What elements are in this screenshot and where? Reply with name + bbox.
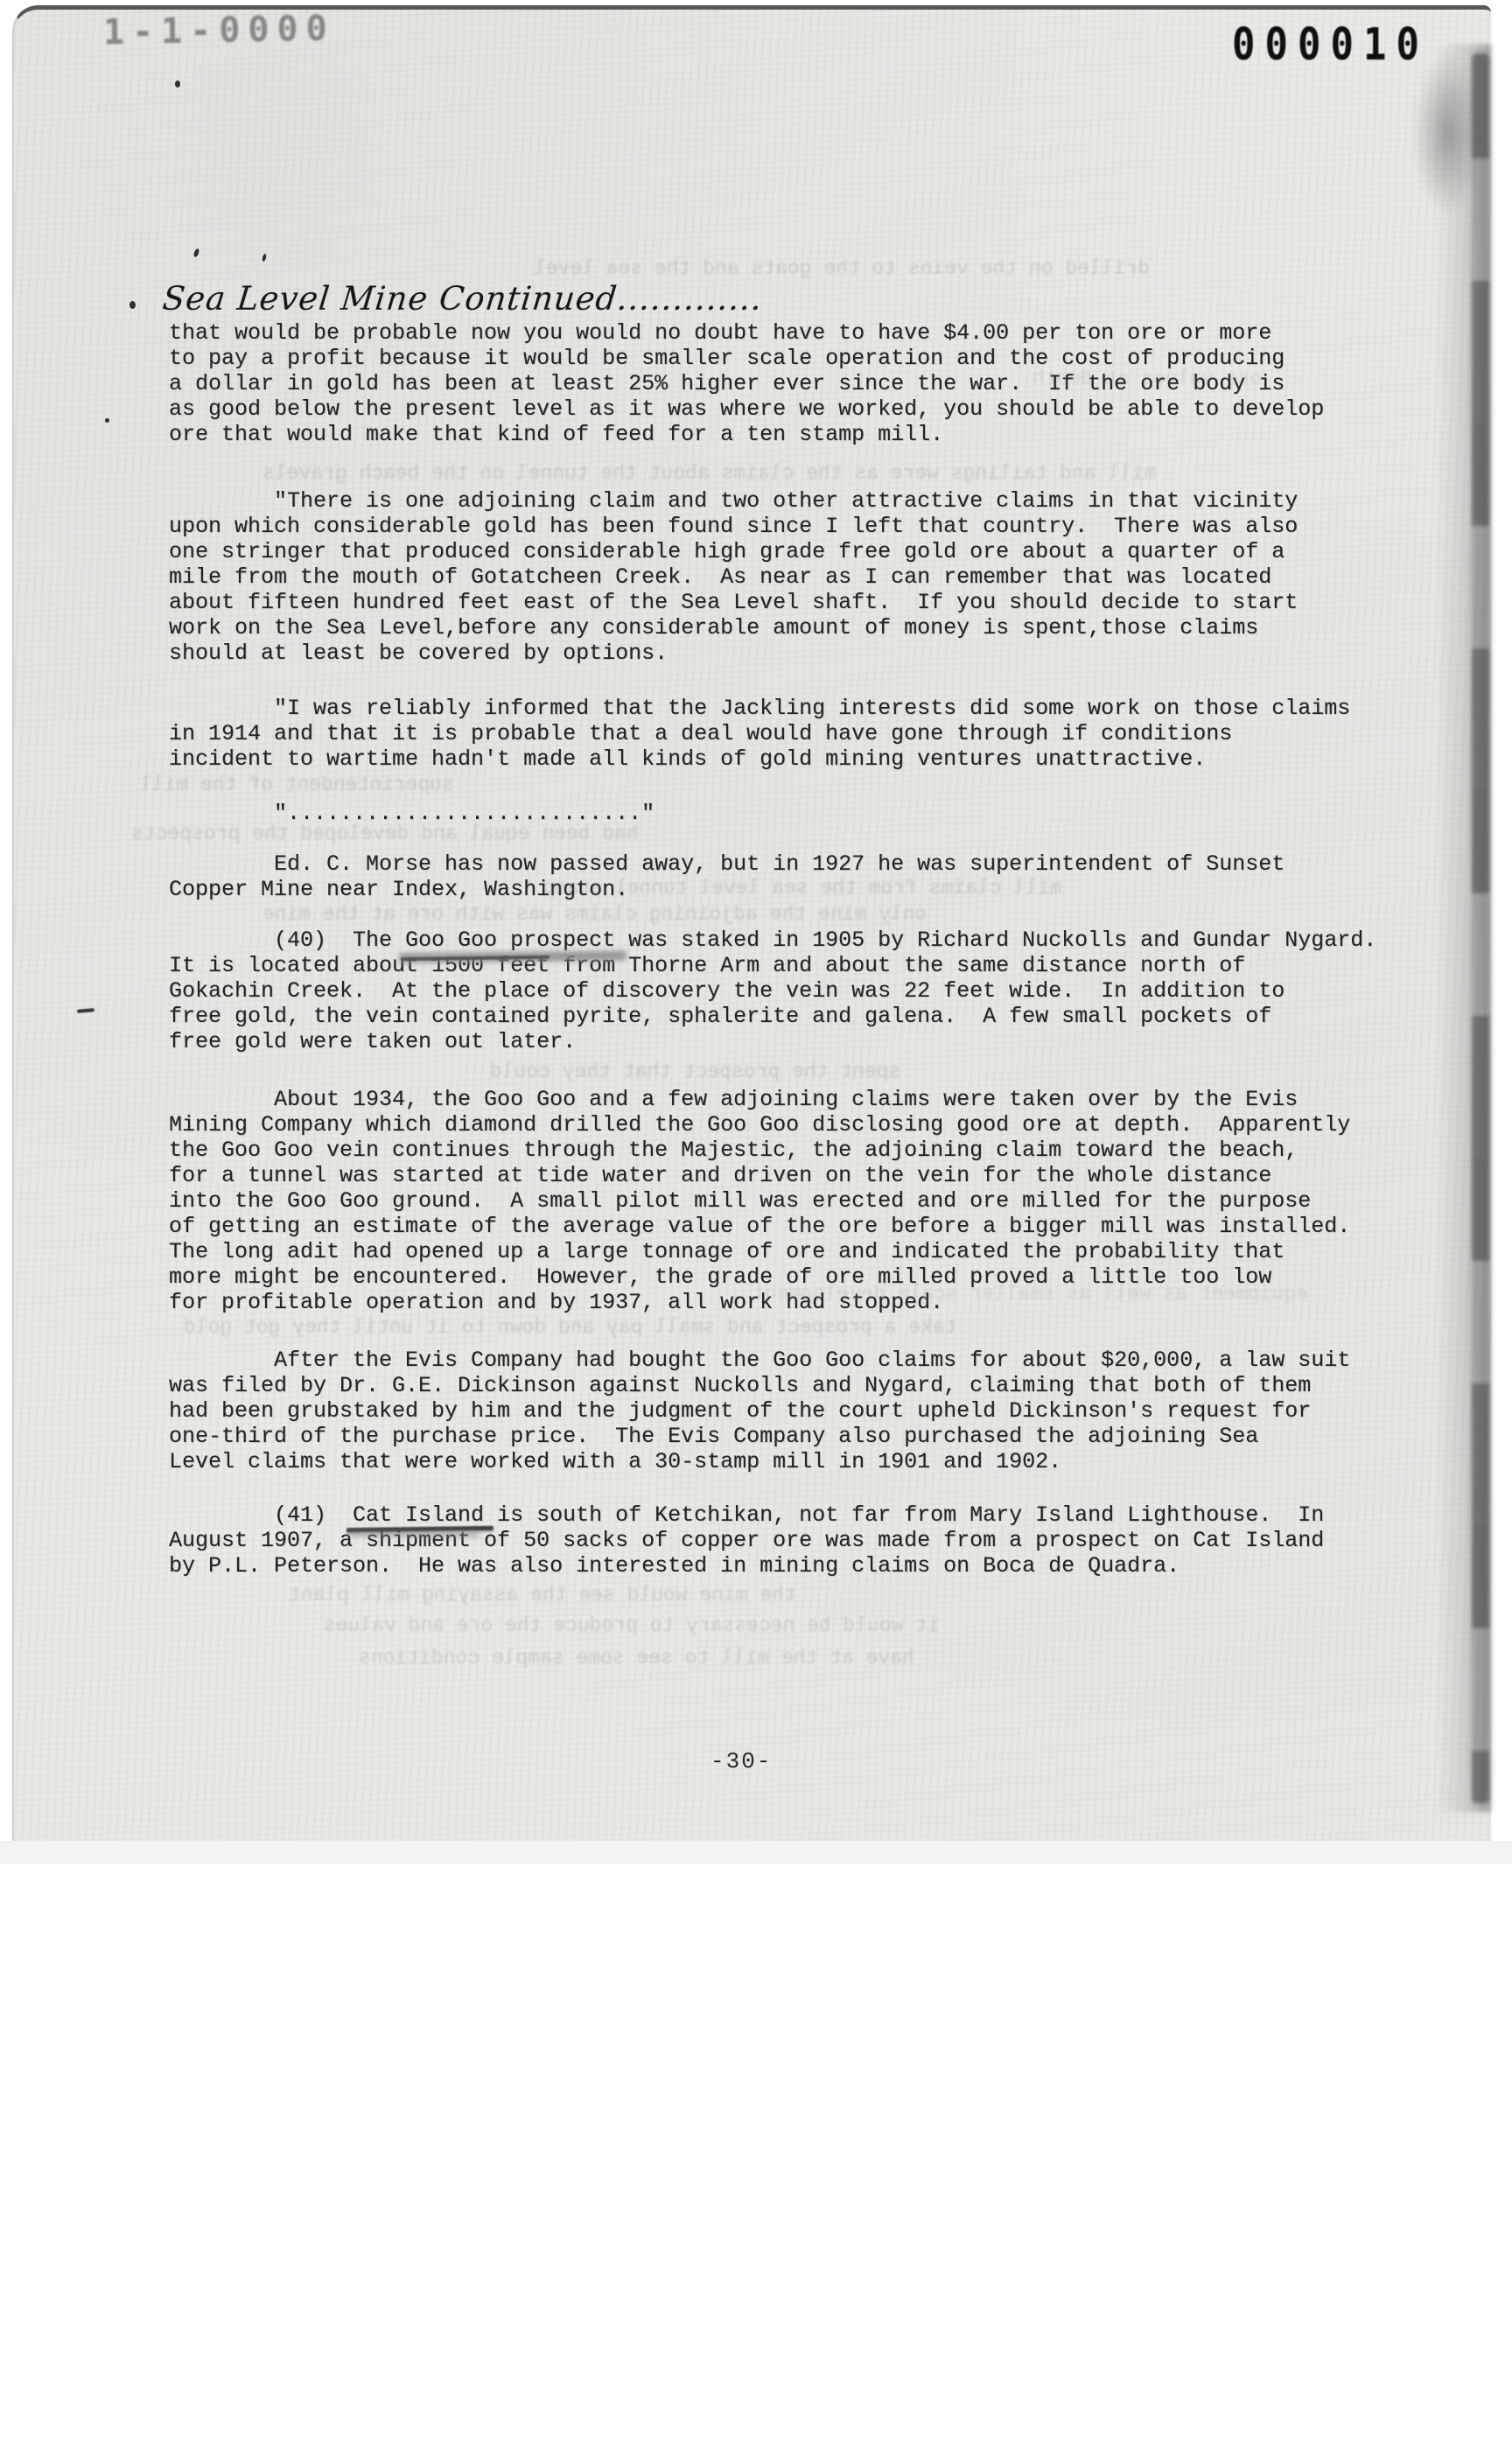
paragraph-cat-island-41: (41) Cat Island is south of Ketchikan, n… — [169, 1502, 1411, 1578]
scanner-edge-shadow-dark — [1472, 53, 1489, 1803]
quote-ellipsis: "..........................." — [169, 801, 1411, 826]
faded-number-stamp: 1-1-0000 — [103, 9, 335, 53]
paragraph-goo-goo-40: (40) The Goo Goo prospect was staked in … — [169, 927, 1411, 1054]
handwritten-header: Sea Level Mine Continued............. — [161, 280, 765, 318]
page-number: -30- — [710, 1748, 772, 1774]
ink-speck — [129, 301, 136, 309]
pencil-underline-cat-island-smudge — [348, 1531, 479, 1537]
paragraph-continuation: that would be probable now you would no … — [169, 320, 1411, 447]
scan-corner-blotch — [1412, 50, 1482, 216]
scanned-document-page: 1-1-0000 000010 Sea Level Mine Continued… — [0, 0, 1512, 2450]
paragraph-morse: Ed. C. Morse has now passed away, but in… — [169, 851, 1411, 902]
ink-speck — [105, 418, 109, 423]
paragraph-adjoining-claims: "There is one adjoining claim and two ot… — [169, 488, 1411, 666]
ink-speck — [175, 80, 180, 87]
scan-bottom-strip — [0, 1841, 1512, 1864]
paragraph-jackling: "I was reliably informed that the Jackli… — [169, 696, 1411, 772]
bates-number-stamp: 000010 — [1232, 19, 1429, 71]
paragraph-evis-1934: About 1934, the Goo Goo and a few adjoin… — [169, 1087, 1411, 1315]
paragraph-evis-lawsuit: After the Evis Company had bought the Go… — [169, 1347, 1411, 1474]
